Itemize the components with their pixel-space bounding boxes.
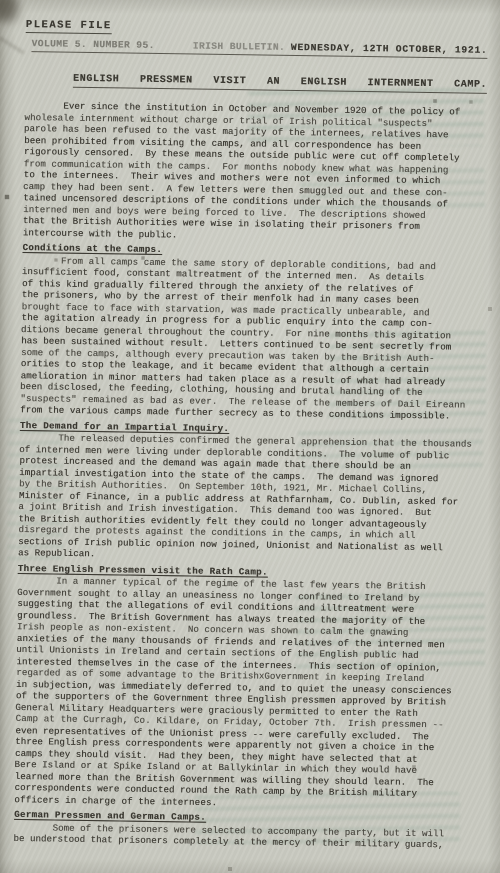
article-section: German Pressmen and German Camps. Some o…: [14, 805, 477, 851]
article-title: ENGLISH PRESSMEN VISIT AN ENGLISH INTERN…: [73, 74, 487, 94]
volume-number-label: VOLUME 5. NUMBER 95.: [31, 38, 154, 51]
paper-crease: [0, 36, 24, 54]
please-file-note: PLEASE FILE: [26, 19, 112, 34]
article-section: Conditions at the Camps. From all camps …: [20, 238, 485, 422]
publication-title: IRISH BULLETIN.: [193, 40, 286, 52]
issue-date-label: WEDNESDAY, 12TH OCTOBER, 1921.: [291, 42, 488, 56]
ink-specks: [0, 0, 2, 2]
article-section: The Demand for an Impartial Inquiry. The…: [18, 415, 482, 565]
article-section: Ever since the institution in October an…: [23, 100, 487, 245]
corner-stain: [0, 0, 18, 22]
typed-sheet: PLEASE FILE VOLUME 5. NUMBER 95. IRISH B…: [14, 14, 488, 851]
masthead: VOLUME 5. NUMBER 95. IRISH BULLETIN. WED…: [31, 38, 487, 59]
document-body: Ever since the institution in October an…: [14, 100, 487, 851]
article-section: Three English Pressmen visit the Rath Ca…: [14, 558, 480, 811]
scanned-page: { "header": { "file_note": "PLEASE FILE"…: [0, 0, 500, 873]
section-heading: Conditions at the Camps.: [22, 242, 162, 256]
